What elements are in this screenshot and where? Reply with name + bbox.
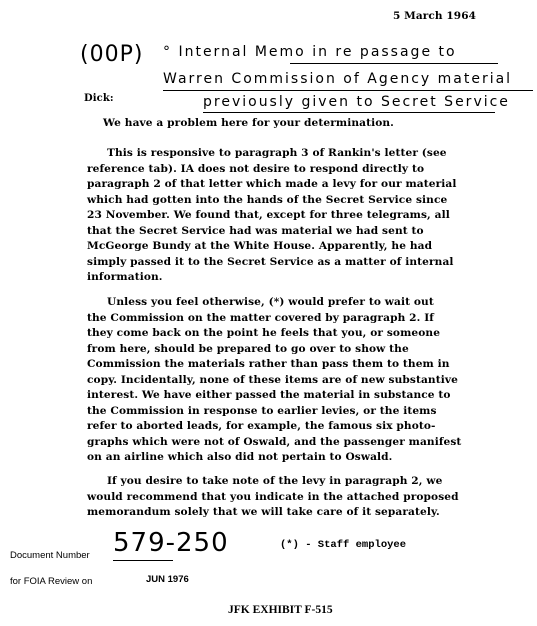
underline xyxy=(203,112,495,113)
paragraph-3: Unless you feel otherwise, (*) would pre… xyxy=(87,295,461,466)
text-line: would recommend that you indicate in the… xyxy=(87,490,459,506)
handwritten-annotation-line-2: Warren Commission of Agency material xyxy=(163,71,512,87)
text-line: interest. We have either passed the mate… xyxy=(87,388,461,404)
text-line: that the Secret Service had was material… xyxy=(87,224,456,240)
text-line: graphs which were not of Oswald, and the… xyxy=(87,435,461,451)
underline xyxy=(113,560,173,561)
foia-review-date: JUN 1976 xyxy=(146,574,189,585)
salutation: Dick: xyxy=(84,93,114,104)
underline xyxy=(163,90,533,91)
underline xyxy=(290,63,498,64)
text-line: the Commission on the matter covered by … xyxy=(87,311,461,327)
text-line: paragraph 2 of that letter which made a … xyxy=(87,177,456,193)
text-line: Commission the materials rather than pas… xyxy=(87,357,461,373)
text-line: copy. Incidentally, none of these items … xyxy=(87,373,461,389)
text-line: We have a problem here for your determin… xyxy=(103,116,394,132)
text-line: information. xyxy=(87,270,456,286)
text-line: which had gotten into the hands of the S… xyxy=(87,193,456,209)
exhibit-label: JFK EXHIBIT F-515 xyxy=(228,604,333,616)
paragraph-2: This is responsive to paragraph 3 of Ran… xyxy=(87,146,456,286)
document-page: 5 March 1964 (00P) ° Internal Memo in re… xyxy=(0,0,537,626)
text-line: they come back on the point he feels tha… xyxy=(87,326,461,342)
handwritten-code: (00P) xyxy=(80,42,143,67)
text-line: refer to aborted leads, for example, the… xyxy=(87,419,461,435)
handwritten-annotation-line-3: previously given to Secret Service xyxy=(203,94,510,110)
text-line: from here, should be prepared to go over… xyxy=(87,342,461,358)
text-line: 23 November. We found that, except for t… xyxy=(87,208,456,224)
text-line: the Commission in response to earlier le… xyxy=(87,404,461,420)
footnote: (*) - Staff employee xyxy=(280,539,406,551)
text-line: simply passed it to the Secret Service a… xyxy=(87,255,456,271)
handwritten-annotation-line-1: ° Internal Memo in re passage to xyxy=(163,44,457,60)
text-line: Unless you feel otherwise, (*) would pre… xyxy=(87,295,461,311)
text-line: memorandum solely that we will take care… xyxy=(87,505,459,521)
text-line: on an airline which also did not pertain… xyxy=(87,450,461,466)
text-line: reference tab). IA does not desire to re… xyxy=(87,162,456,178)
text-line: This is responsive to paragraph 3 of Ran… xyxy=(87,146,456,162)
paragraph-1: We have a problem here for your determin… xyxy=(103,116,394,132)
document-number-label: Document Number xyxy=(10,550,90,561)
document-number: 579-250 xyxy=(113,528,229,558)
text-line: McGeorge Bundy at the White House. Appar… xyxy=(87,239,456,255)
memo-date: 5 March 1964 xyxy=(393,10,476,22)
paragraph-4: If you desire to take note of the levy i… xyxy=(87,474,459,521)
text-line: If you desire to take note of the levy i… xyxy=(87,474,459,490)
foia-review-label: for FOIA Review on xyxy=(10,576,92,587)
